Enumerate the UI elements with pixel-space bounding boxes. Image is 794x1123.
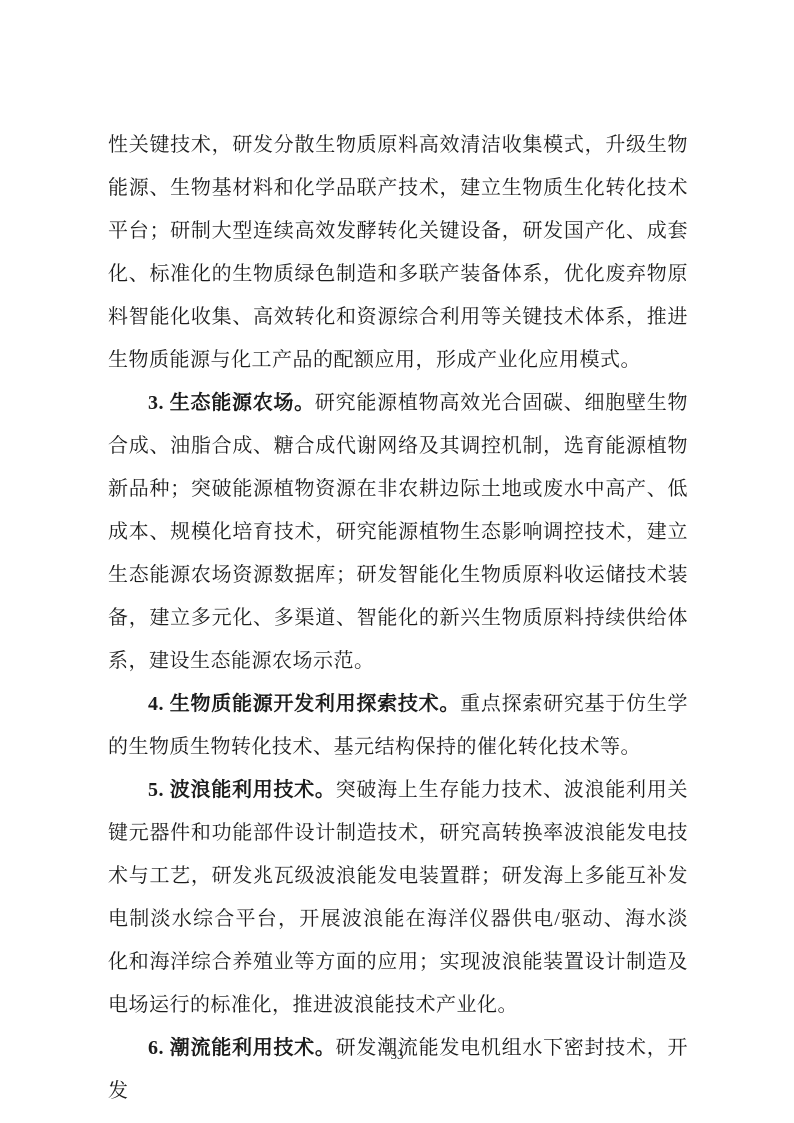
paragraph-continuation: 性关键技术，研发分散生物质原料高效清洁收集模式，升级生物能源、生物基材料和化学品…	[108, 124, 688, 382]
paragraph-item-4: 4. 生物质能源开发利用探索技术。重点探索研究基于仿生学的生物质生物转化技术、基…	[108, 683, 688, 769]
paragraph-text: 研究能源植物高效光合固碳、细胞壁生物合成、油脂合成、糖合成代谢网络及其调控机制，…	[108, 392, 688, 672]
paragraph-item-5: 5. 波浪能利用技术。突破海上生存能力技术、波浪能利用关键元器件和功能部件设计制…	[108, 769, 688, 1027]
paragraph-text: 突破海上生存能力技术、波浪能利用关键元器件和功能部件设计制造技术，研究高转换率波…	[108, 779, 688, 1016]
paragraph-heading: 4. 生物质能源开发利用探索技术。	[148, 693, 460, 715]
page-number: 53	[0, 1047, 794, 1063]
paragraph-item-3: 3. 生态能源农场。研究能源植物高效光合固碳、细胞壁生物合成、油脂合成、糖合成代…	[108, 382, 688, 683]
text-block: 性关键技术，研发分散生物质原料高效清洁收集模式，升级生物能源、生物基材料和化学品…	[108, 124, 688, 1113]
paragraph-text: 性关键技术，研发分散生物质原料高效清洁收集模式，升级生物能源、生物基材料和化学品…	[108, 134, 688, 371]
document-page: 性关键技术，研发分散生物质原料高效清洁收集模式，升级生物能源、生物基材料和化学品…	[0, 0, 794, 1123]
paragraph-heading: 3. 生态能源农场。	[148, 392, 315, 414]
paragraph-heading: 5. 波浪能利用技术。	[148, 779, 336, 801]
paragraph-item-6: 6. 潮流能利用技术。研发潮流能发电机组水下密封技术，开发	[108, 1027, 688, 1113]
